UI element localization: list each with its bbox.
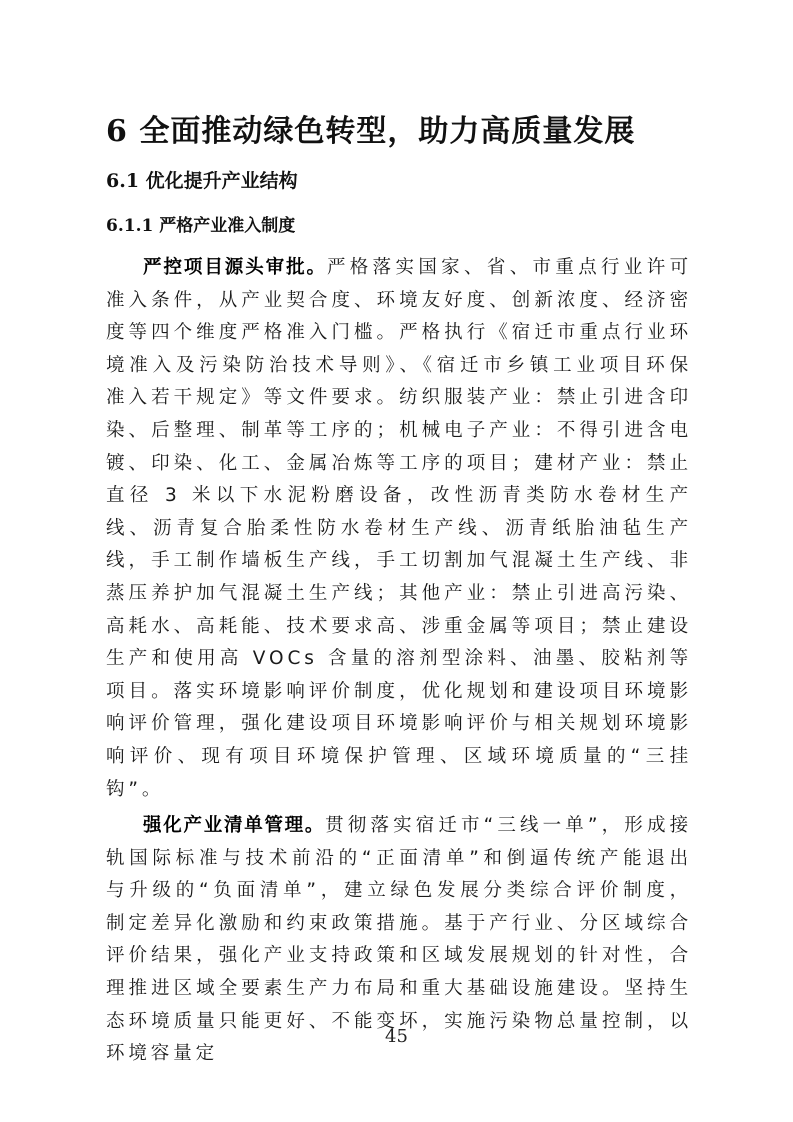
- page-content: 6 全面推动绿色转型，助力高质量发展 6.1 优化提升产业结构 6.1.1 严格…: [106, 112, 692, 1071]
- section-title: 6.1 优化提升产业结构: [106, 168, 692, 194]
- subsection-title: 6.1.1 严格产业准入制度: [106, 214, 692, 238]
- document-page: 6 全面推动绿色转型，助力高质量发展 6.1 优化提升产业结构 6.1.1 严格…: [0, 0, 793, 1122]
- page-number: 45: [0, 1026, 793, 1047]
- paragraph-body: 严格落实国家、省、市重点行业许可准入条件，从产业契合度、环境友好度、创新浓度、经…: [106, 257, 692, 800]
- paragraph-lead: 强化产业清单管理。: [143, 815, 325, 836]
- paragraph-lead: 严控项目源头审批。: [143, 257, 327, 278]
- chapter-title: 6 全面推动绿色转型，助力高质量发展: [106, 112, 692, 152]
- paragraph-project-approval: 严控项目源头审批。严格落实国家、省、市重点行业许可准入条件，从产业契合度、环境友…: [106, 252, 692, 806]
